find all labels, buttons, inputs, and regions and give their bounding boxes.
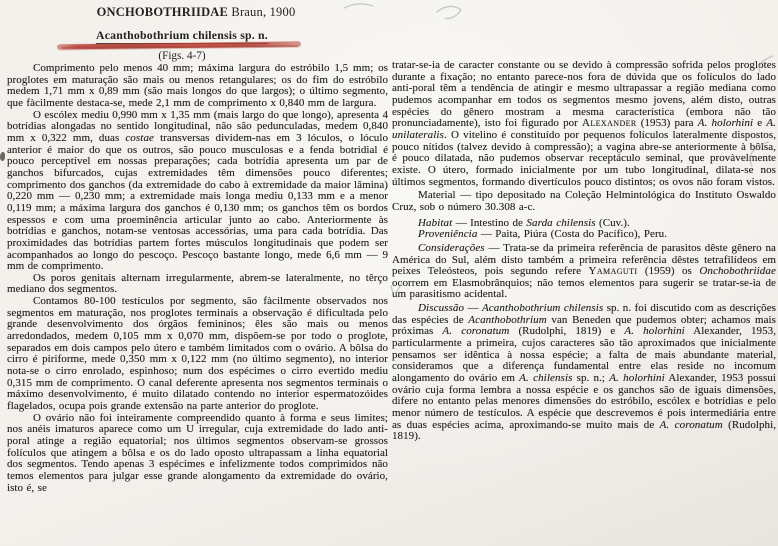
scanned-document-page: ONCHOBOTHRIIDAE Braun, 1900 Acanthobothr… — [0, 0, 778, 546]
paragraph: Considerações — Trata-se da primeira ref… — [392, 243, 776, 301]
paragraph: tratar-se-ia de caracter constante ou se… — [392, 60, 776, 188]
species-title-line: Acanthobothrium chilensis sp. n. — [0, 26, 378, 44]
right-column: tratar-se-ia de caracter constante ou se… — [392, 60, 776, 542]
ink-blot — [0, 152, 5, 161]
pencil-squiggle-top-icon — [437, 6, 461, 18]
family-title: ONCHOBOTHRIIDAE Braun, 1900 — [0, 5, 392, 20]
left-column: Comprimento pelo menos 40 mm; máxima lar… — [7, 63, 388, 545]
family-author: Braun, 1900 — [231, 5, 295, 19]
paragraph: Os poros genitais alternam irregularment… — [7, 273, 388, 296]
paragraph: Comprimento pelo menos 40 mm; máxima lar… — [7, 63, 388, 110]
article-header: ONCHOBOTHRIIDAE Braun, 1900 Acanthobothr… — [0, 0, 392, 64]
paragraph: O escólex mediu 0,990 mm x 1,35 mm (mais… — [7, 110, 388, 273]
paragraph: Contamos 80-100 testículos por segmento,… — [7, 296, 388, 413]
paragraph: O ovário não foi inteiramente compreendi… — [7, 413, 388, 495]
paragraph: Proveniência — Paita, Piúra (Costa do Pa… — [392, 229, 776, 241]
paragraph: Material — tipo depositado na Coleção He… — [392, 190, 776, 213]
family-name: ONCHOBOTHRIIDAE — [97, 5, 229, 19]
figures-reference: (Figs. 4-7) — [0, 50, 378, 62]
paragraph: Discussão — Acanthobothrium chilensis sp… — [392, 303, 776, 443]
